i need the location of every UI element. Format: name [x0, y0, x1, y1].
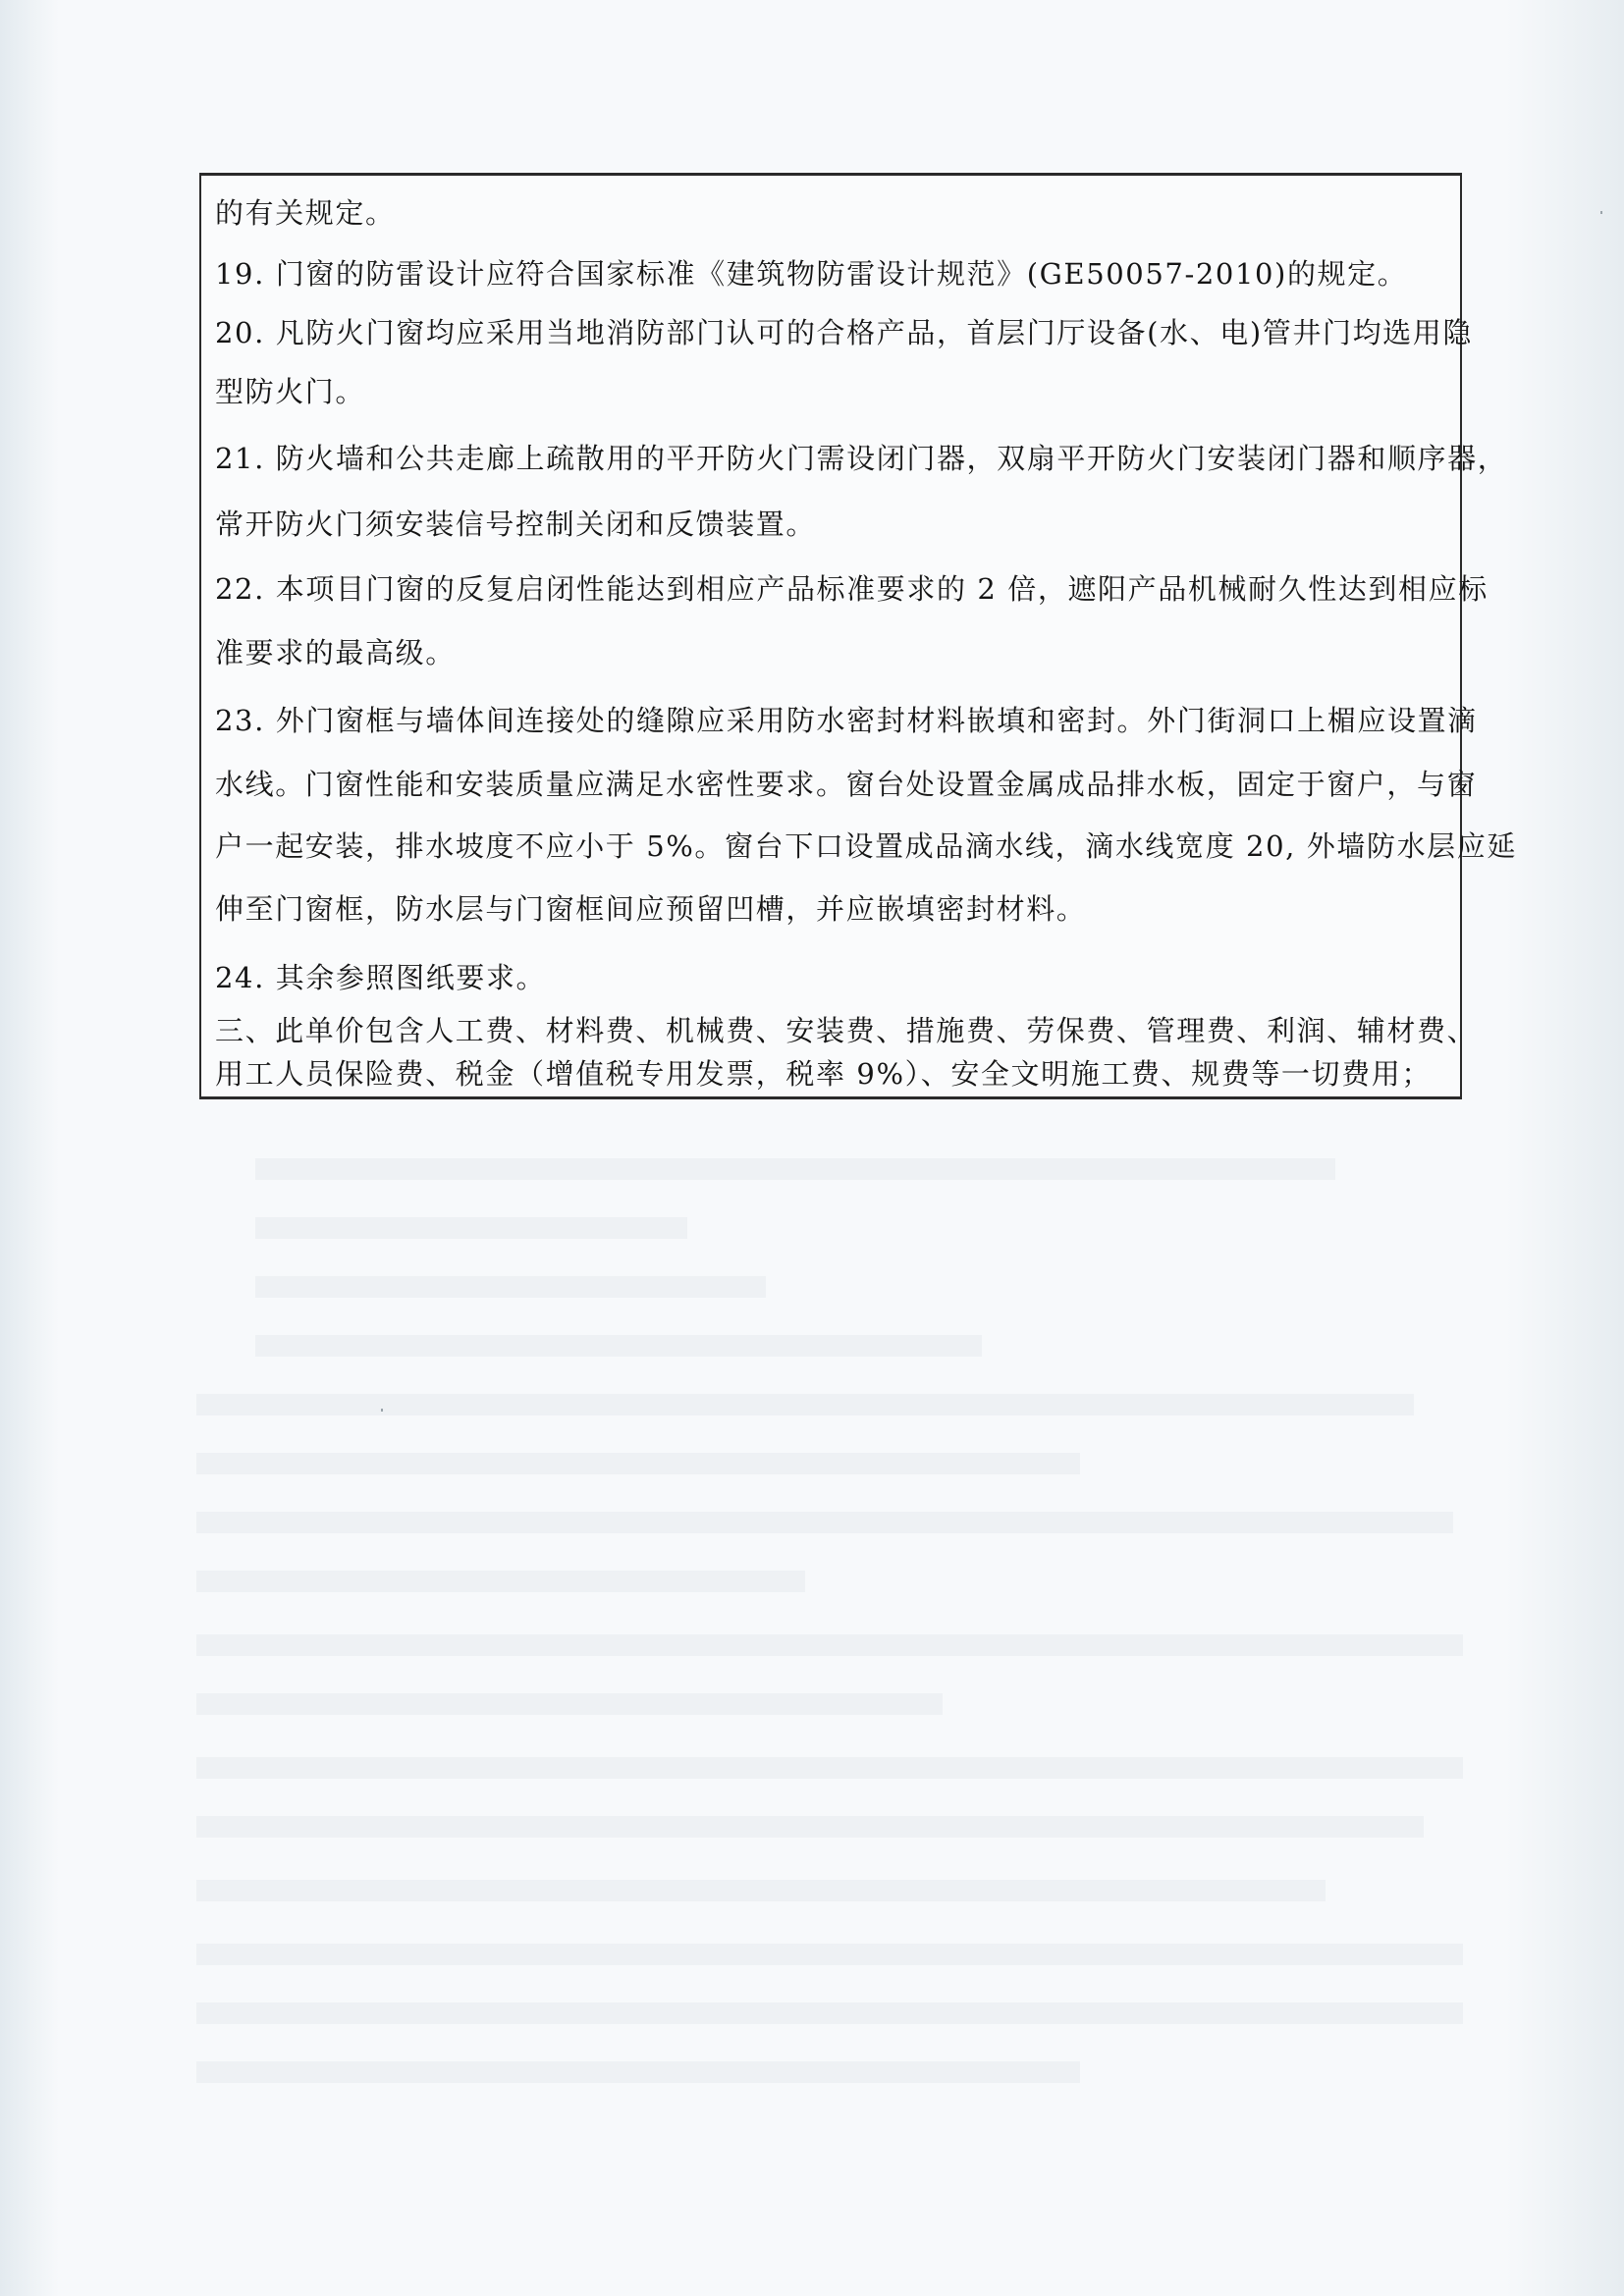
bleed-through-13	[196, 1880, 1326, 1901]
bleed-through-12	[196, 1816, 1424, 1838]
text-line-8: 准要求的最高级。	[215, 635, 456, 670]
text-line-4: 型防火门。	[215, 374, 365, 409]
bleed-through-2	[255, 1217, 687, 1239]
bleed-through-6	[196, 1453, 1080, 1474]
specification-box: 的有关规定。 19. 门窗的防雷设计应符合国家标准《建筑物防雷设计规范》(GE5…	[199, 173, 1462, 1099]
text-line-1: 的有关规定。	[215, 195, 396, 231]
text-line-14: 三、此单价包含人工费、材料费、机械费、安装费、措施费、劳保费、管理费、利润、辅材…	[215, 1013, 1477, 1048]
text-line-11: 户一起安装，排水坡度不应小于 5%。窗台下口设置成品滴水线，滴水线宽度 20, …	[215, 828, 1517, 864]
bleed-through-7	[196, 1512, 1453, 1533]
scan-shadow-right	[1506, 0, 1624, 2296]
scan-shadow-left	[0, 0, 59, 2296]
bleed-through-11	[196, 1757, 1463, 1779]
bleed-through-9	[196, 1634, 1463, 1656]
text-line-7: 22. 本项目门窗的反复启闭性能达到相应产品标准要求的 2 倍，遮阳产品机械耐久…	[215, 571, 1489, 607]
bleed-through-3	[255, 1276, 766, 1298]
text-line-2: 19. 门窗的防雷设计应符合国家标准《建筑物防雷设计规范》(GE50057-20…	[215, 256, 1407, 292]
text-line-15: 用工人员保险费、税金（增值税专用发票，税率 9%）、安全文明施工费、规费等一切费…	[215, 1056, 1432, 1092]
bleed-through-16	[196, 2061, 1080, 2083]
bleed-through-10	[196, 1693, 943, 1715]
bleed-through-5	[196, 1394, 1414, 1415]
text-line-12: 伸至门窗框，防水层与门窗框间应预留凹槽，并应嵌填密封材料。	[215, 891, 1086, 927]
bleed-through-14	[196, 1944, 1463, 1965]
bleed-through-8	[196, 1571, 805, 1592]
bleed-through-1	[255, 1158, 1335, 1180]
text-line-5: 21. 防火墙和公共走廊上疏散用的平开防火门需设闭门器，双扇平开防火门安装闭门器…	[215, 441, 1507, 476]
text-line-10: 水线。门窗性能和安装质量应满足水密性要求。窗台处设置金属成品排水板，固定于窗户，…	[215, 767, 1477, 802]
bleed-through-15	[196, 2002, 1463, 2024]
bleed-through-4	[255, 1335, 982, 1357]
text-line-9: 23. 外门窗框与墙体间连接处的缝隙应采用防水密封材料嵌填和密封。外门街洞口上楣…	[215, 703, 1478, 738]
scan-speck	[381, 1409, 383, 1412]
text-line-6: 常开防火门须安装信号控制关闭和反馈装置。	[215, 507, 816, 542]
text-line-13: 24. 其余参照图纸要求。	[215, 960, 546, 995]
text-line-3: 20. 凡防火门窗均应采用当地消防部门认可的合格产品，首层门厅设备(水、电)管井…	[215, 315, 1473, 350]
scan-speck	[1600, 211, 1602, 214]
